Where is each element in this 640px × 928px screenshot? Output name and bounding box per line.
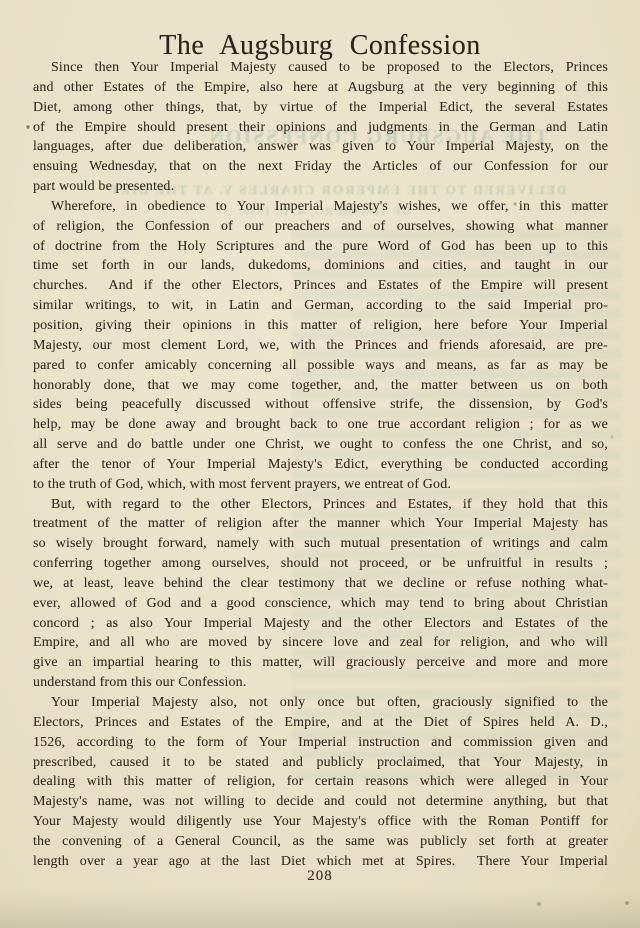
text-line: churches. And if the other Electors, Pri… xyxy=(33,276,608,296)
text-line: so wisely brought forward, namely with s… xyxy=(33,534,608,554)
paragraph: Since then Your Imperial Majesty caused … xyxy=(33,58,608,197)
paragraph: Your Imperial Majesty also, not only onc… xyxy=(33,693,608,872)
text-line: ever, allowed of God and a good conscien… xyxy=(33,594,608,614)
text-line: Empire, and all who are moved by sincere… xyxy=(33,633,608,653)
text-line: But, with regard to the other Electors, … xyxy=(33,495,608,515)
text-line: we, at least, leave behind the clear tes… xyxy=(33,574,608,594)
text-line: give an impartial hearing to this matter… xyxy=(33,653,608,673)
text-line: and other Estates of the Empire, also he… xyxy=(33,78,608,98)
text-line: Majesty, our most clement Lord, we, with… xyxy=(33,336,608,356)
scanned-book-page: THE AUGSBURG CONFESSION DELIVERED TO THE… xyxy=(0,0,640,928)
text-line: conferring together among ourselves, sho… xyxy=(33,554,608,574)
text-line: Diet, among other things, that, by virtu… xyxy=(33,98,608,118)
text-line: of religion, the Confession of our preac… xyxy=(33,217,608,237)
text-line: pared to confer amicably concerning all … xyxy=(33,356,608,376)
text-line: honorably done, that we may come togethe… xyxy=(33,376,608,396)
page-number: 208 xyxy=(0,868,640,885)
text-line: ensuing Wednesday, that on the next Frid… xyxy=(33,157,608,177)
text-line: position, giving their opinions in this … xyxy=(33,316,608,336)
text-line: part would be presented. xyxy=(33,177,608,197)
text-line: Majesty's name, was not willing to decid… xyxy=(33,792,608,812)
paragraph: Wherefore, in obedience to Your Imperial… xyxy=(33,197,608,495)
text-line: dealing with this matter of religion, fo… xyxy=(33,772,608,792)
text-line: similar writings, to wit, in Latin and G… xyxy=(33,296,608,316)
text-line: treatment of the matter of religion afte… xyxy=(33,514,608,534)
text-line: Your Imperial Majesty also, not only onc… xyxy=(33,693,608,713)
text-line: prescribed, caused it to be stated and p… xyxy=(33,753,608,773)
text-line: sides being peacefully discussed without… xyxy=(33,395,608,415)
text-line: after the tenor of Your Imperial Majesty… xyxy=(33,455,608,475)
scan-bottom-shadow xyxy=(0,888,640,928)
text-line: concord ; as also Your Imperial Majesty … xyxy=(33,614,608,634)
text-line: 1526, according to the form of Your Impe… xyxy=(33,733,608,753)
text-line: Your Majesty would diligently use Your M… xyxy=(33,812,608,832)
text-line: help, may be done away and brought back … xyxy=(33,415,608,435)
scan-specks xyxy=(0,0,2,2)
text-line: Since then Your Imperial Majesty caused … xyxy=(33,58,608,78)
text-line: languages, after due deliberation, answe… xyxy=(33,137,608,157)
page-title: The Augsburg Confession xyxy=(0,30,640,62)
text-line: Electors, Princes and Estates of the Emp… xyxy=(33,713,608,733)
text-line: to the truth of God, which, with most fe… xyxy=(33,475,608,495)
text-line: of doctrine from the Holy Scriptures and… xyxy=(33,237,608,257)
text-line: time set forth in our lands, dukedoms, d… xyxy=(33,256,608,276)
text-line: the convening of a General Council, as t… xyxy=(33,832,608,852)
text-line: all serve and do battle under one Christ… xyxy=(33,435,608,455)
body-text: Since then Your Imperial Majesty caused … xyxy=(33,58,608,872)
paragraph: But, with regard to the other Electors, … xyxy=(33,495,608,693)
text-line: Wherefore, in obedience to Your Imperial… xyxy=(33,197,608,217)
text-line: understand from this our Confession. xyxy=(33,673,608,693)
text-line: of the Empire should present their opini… xyxy=(33,118,608,138)
